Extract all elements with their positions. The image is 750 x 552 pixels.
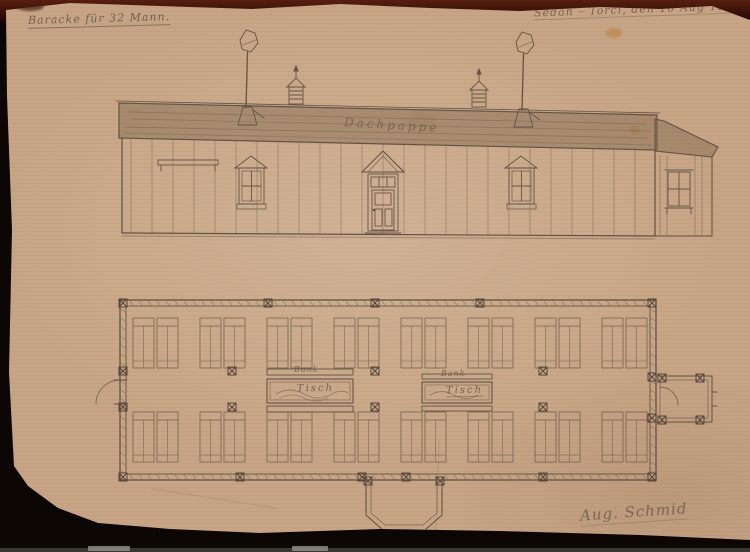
bed [267, 412, 288, 462]
annex-room [656, 376, 717, 422]
roof-vent-left [287, 66, 305, 104]
bed [401, 412, 422, 462]
entry-porch [366, 480, 442, 530]
bed [291, 318, 312, 368]
bed [468, 318, 489, 368]
bench-bottom [267, 406, 353, 412]
facade-wall [122, 138, 655, 239]
drawing-paper-sheet: Baracke für 32 Mann. Sedan – Torci, den … [0, 0, 750, 552]
wall-sign [158, 160, 218, 171]
post-marker [658, 416, 666, 424]
bed [535, 412, 556, 462]
bed [200, 318, 221, 368]
bed [334, 412, 355, 462]
bed [200, 412, 221, 462]
door-swing-arc [96, 380, 120, 404]
bed [157, 318, 178, 368]
annex-window [665, 170, 693, 214]
door-handle [373, 209, 376, 212]
bench-label-left: Bank [294, 366, 319, 374]
window-left [235, 156, 267, 209]
bed [157, 412, 178, 462]
post-marker [648, 414, 656, 422]
bed [602, 318, 623, 368]
bench-bottom [422, 406, 492, 411]
bed-rows [133, 318, 647, 462]
door-swing-arc [660, 387, 678, 405]
bed [267, 318, 288, 368]
roof-vent-right [470, 69, 488, 107]
bed [602, 412, 623, 462]
bed [626, 318, 647, 368]
bed [559, 318, 580, 368]
lantern-head [240, 30, 258, 52]
post-marker [228, 403, 236, 411]
bed [224, 412, 245, 462]
bed [291, 412, 312, 462]
table-edge-highlight [292, 546, 328, 551]
elevation-drawing [116, 30, 718, 239]
bed [133, 318, 154, 368]
table-edge-highlight [88, 546, 130, 551]
bed [425, 412, 446, 462]
post-marker [539, 403, 547, 411]
window-right [505, 156, 537, 209]
post-marker [371, 403, 379, 411]
table-label-left: Tisch [297, 384, 334, 395]
plan-inner-wall [126, 306, 650, 474]
annex-roof [655, 119, 718, 157]
bed [535, 318, 556, 368]
bed [559, 412, 580, 462]
bed [334, 318, 355, 368]
photographed-drawing-scene: Baracke für 32 Mann. Sedan – Torci, den … [0, 0, 750, 552]
wall-hatch-ticks [121, 301, 655, 479]
bed [358, 412, 379, 462]
bed [224, 318, 245, 368]
bed [468, 412, 489, 462]
post-marker [696, 374, 704, 382]
wall-battens [131, 138, 702, 236]
bed [358, 318, 379, 368]
bed [626, 412, 647, 462]
post-marker [648, 373, 656, 381]
floor-plan-drawing [96, 299, 717, 530]
bed [492, 412, 513, 462]
annex-wing [655, 119, 718, 236]
pencil-sketch [0, 0, 750, 552]
table-label-right: Tisch [446, 386, 483, 398]
post-marker [696, 416, 704, 424]
bed [425, 318, 446, 368]
bed [492, 318, 513, 368]
bed [401, 318, 422, 368]
post-marker [658, 374, 666, 382]
bed [133, 412, 154, 462]
bench-label-right: Bank [441, 370, 466, 378]
